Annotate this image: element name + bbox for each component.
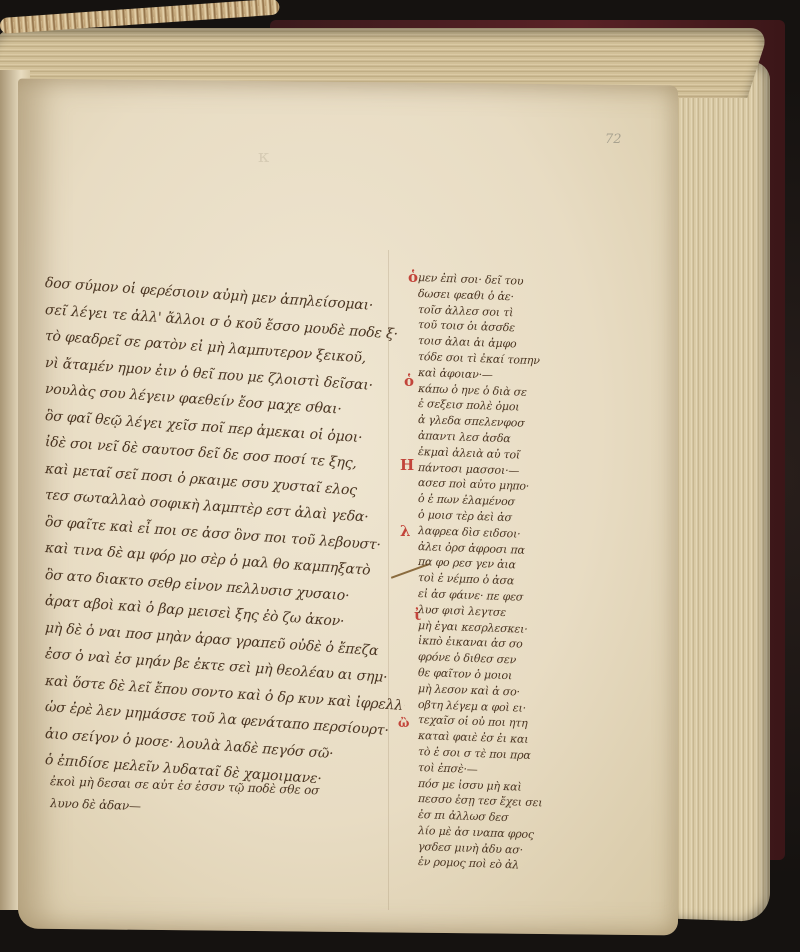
rubric-initial: Η (400, 456, 414, 474)
rubric-initial: ὢ (398, 716, 409, 730)
left-text-column: δοσ σύμον οἱ φερέσιοιν αὐμὴ μεν ἀπηλείσο… (45, 270, 405, 774)
quire-mark: κ (258, 146, 269, 167)
rubric-initial: ὁ (404, 372, 414, 390)
rubric-initial: ὁ (408, 268, 418, 286)
left-column-footnote: ἐκοὶ μὴ δεσαι σε αὐτ ἐσ ἐσσν τῷ ποδὲ σθε… (50, 770, 410, 814)
rubric-initial: λ (400, 522, 411, 540)
right-text-column: μεν ἐπὶ σοι· δεῖ του δωσει φεαθι ὁ ἀε· τ… (418, 270, 583, 870)
folio-number: 72 (605, 132, 622, 147)
